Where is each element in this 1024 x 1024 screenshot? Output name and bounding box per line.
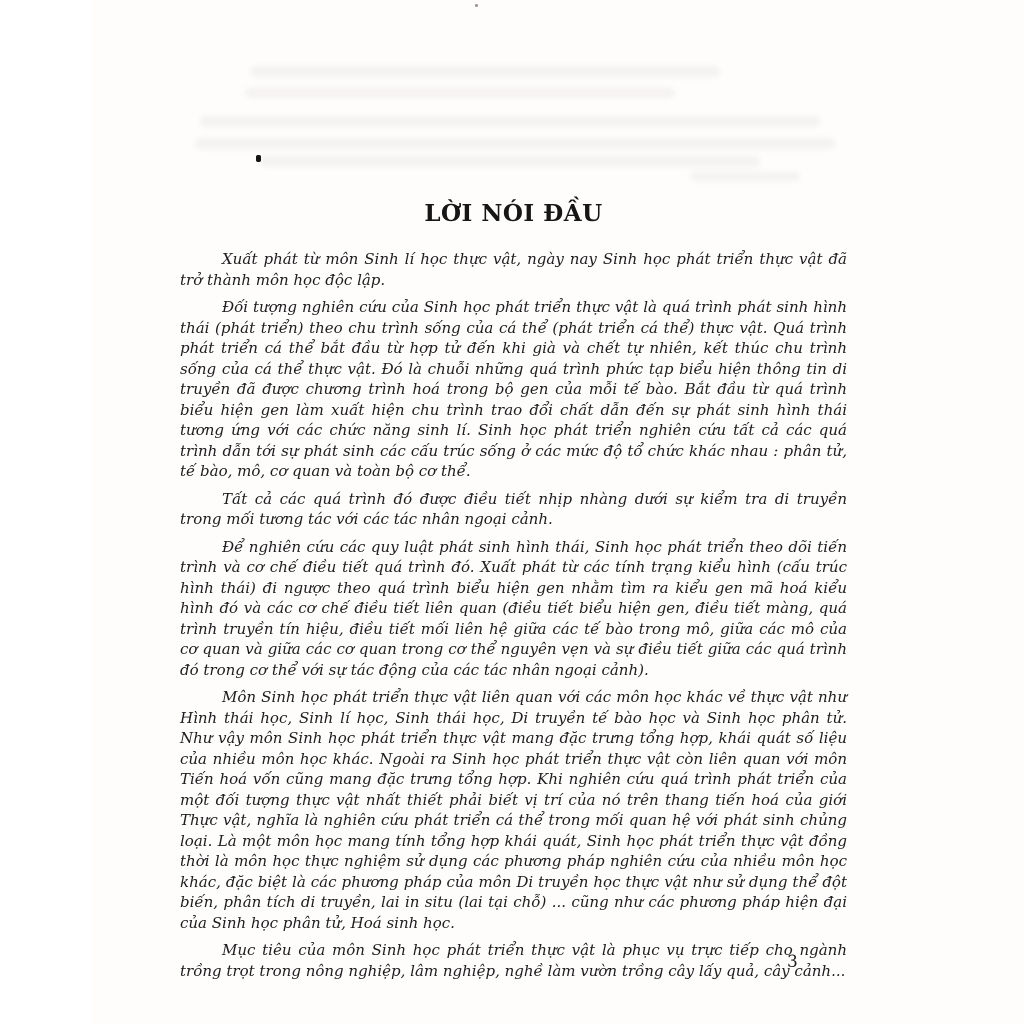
bleedthrough-artifact [250, 66, 720, 77]
ink-speck [256, 155, 261, 162]
bleedthrough-artifact [200, 116, 820, 127]
page-number: 3 [787, 952, 798, 972]
bleedthrough-artifact [260, 156, 760, 167]
paragraph-6: Mục tiêu của môn Sinh học phát triển thự… [180, 940, 847, 981]
page-title: LỜI NÓI ĐẦU [180, 200, 847, 227]
bleedthrough-artifact [245, 88, 675, 98]
bleedthrough-artifact [195, 138, 835, 149]
paragraph-2: Đối tượng nghiên cứu của Sinh học phát t… [180, 297, 847, 482]
ink-speck [475, 4, 478, 7]
screenshot-canvas: LỜI NÓI ĐẦU Xuất phát từ môn Sinh lí học… [0, 0, 1024, 1024]
paragraph-1: Xuất phát từ môn Sinh lí học thực vật, n… [180, 249, 847, 290]
paragraph-4: Để nghiên cứu các quy luật phát sinh hìn… [180, 537, 847, 681]
book-page-scan: LỜI NÓI ĐẦU Xuất phát từ môn Sinh lí học… [92, 0, 1024, 1024]
paragraph-3: Tất cả các quá trình đó được điều tiết n… [180, 489, 847, 530]
preface-text-block: LỜI NÓI ĐẦU Xuất phát từ môn Sinh lí học… [180, 200, 847, 988]
paragraph-5: Môn Sinh học phát triển thực vật liên qu… [180, 687, 847, 933]
bleedthrough-artifact [690, 172, 800, 181]
